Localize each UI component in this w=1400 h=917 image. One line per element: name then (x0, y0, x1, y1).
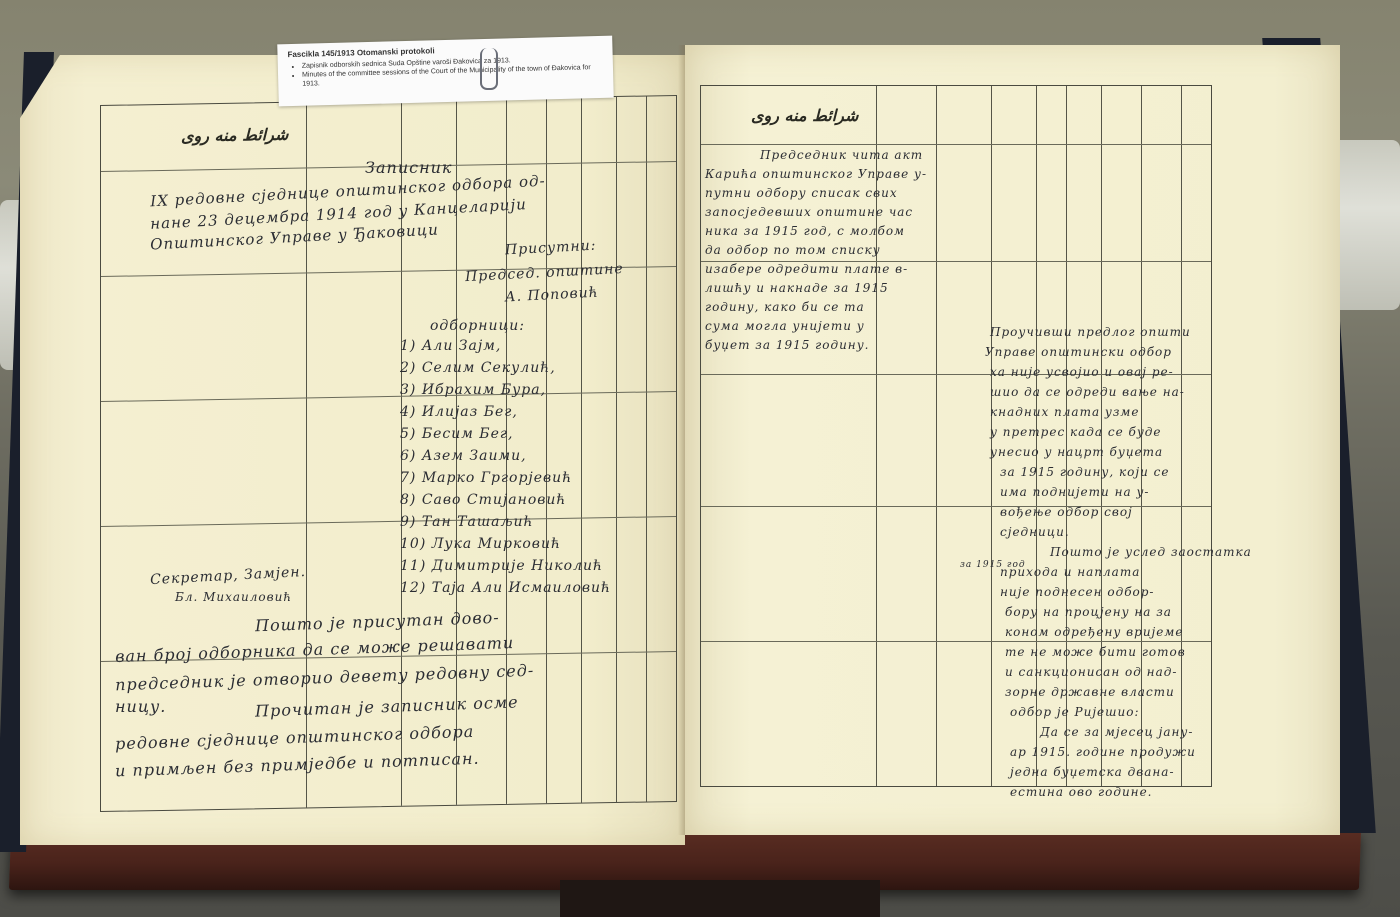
right-line: путни одбору списак свих (705, 186, 898, 200)
right-line: лишћу и накнаде за 1915 (705, 281, 889, 295)
paper-clip-icon (480, 48, 498, 90)
right-col-line: једна буџетска двана- (1010, 765, 1175, 779)
right-col-line: ар 1915. године продужи (1010, 745, 1196, 759)
member-2: 2) Селим Секулић, (400, 360, 556, 376)
right-line: Карића општинског Управе у- (705, 167, 927, 181)
right-col-line: Пошто је услед заостатка (1050, 545, 1252, 559)
member-12: 12) Таја Али Исмаиловић (400, 580, 611, 596)
archive-label-card: Fascikla 145/1913 Otomanski protokoli Za… (277, 36, 614, 107)
right-col-line: шио да се одреди вање на- (990, 385, 1185, 399)
right-col-line: ха није усвојио и овај ре- (990, 365, 1174, 379)
right-col-line: није поднесен одбор- (1000, 585, 1155, 599)
right-header-main: شرائط منه روی (751, 106, 858, 125)
member-9: 9) Тан Ташаљић (400, 514, 534, 530)
member-6: 6) Азем Заими, (400, 448, 527, 464)
right-line: да одбор по том списку (705, 243, 881, 257)
right-line: сума могла унијети у (705, 319, 865, 333)
right-line: буџет за 1915 годину. (705, 338, 869, 352)
left-line: ницу. (115, 697, 166, 716)
member-10: 10) Лука Мирковић (400, 536, 561, 552)
right-col-line: одбор је Ријешио: (1010, 705, 1140, 719)
book-stand-post (560, 880, 880, 917)
right-line: годину, како би се та (705, 300, 865, 314)
member-8: 8) Саво Стијановић (400, 492, 566, 508)
right-col-line: коном одређену вријеме (1005, 625, 1183, 639)
right-col-line: естина ово године. (1010, 785, 1153, 799)
right-col-line: има поднијети на у- (1000, 485, 1149, 499)
right-col-line: у претрес када се буде (990, 425, 1162, 439)
secretary-name: Бл. Михаиловић (175, 590, 292, 604)
member-5: 5) Бесим Бег, (400, 426, 513, 442)
right-col-line: бору на процјену на за (1005, 605, 1172, 619)
right-margin-note: за 1915 год (960, 560, 1026, 570)
left-line: одборници: (430, 318, 525, 334)
member-7: 7) Марко Гргорјевић (400, 470, 572, 486)
right-col-line: кнадних плата узме (990, 405, 1139, 419)
right-col-line: и санкционисан од над- (1005, 665, 1177, 679)
right-col-line: за 1915 годину, који се (1000, 465, 1169, 479)
right-col-line: вођење одбор свој (1000, 505, 1133, 519)
member-3: 3) Ибрахим Бура, (400, 382, 546, 398)
right-line: Председник чита акт (760, 148, 923, 162)
right-col-line: Проучивши предлог општи (990, 325, 1191, 339)
member-4: 4) Илијаз Бег, (400, 404, 518, 420)
right-col-line: унесио у нацрт буџета (990, 445, 1163, 459)
member-11: 11) Димитрије Николић (400, 558, 603, 574)
right-col-line: Управе општински одбор (985, 345, 1172, 359)
right-col-line: зорне државне власти (1005, 685, 1175, 699)
member-1: 1) Али Зајм, (400, 338, 501, 354)
right-line: изабере одредити плате в- (705, 262, 908, 276)
right-col-line: Да се за мјесец јану- (1040, 725, 1193, 739)
right-col-line: сједници. (1000, 525, 1070, 539)
right-line: запосједевших општине час (705, 205, 913, 219)
right-line: никa за 1915 год, с молбом (705, 224, 905, 238)
left-header-main: شرائط منه روی (181, 125, 288, 146)
left-title: Записник (365, 158, 452, 177)
right-col-line: те не може бити готов (1005, 645, 1186, 659)
